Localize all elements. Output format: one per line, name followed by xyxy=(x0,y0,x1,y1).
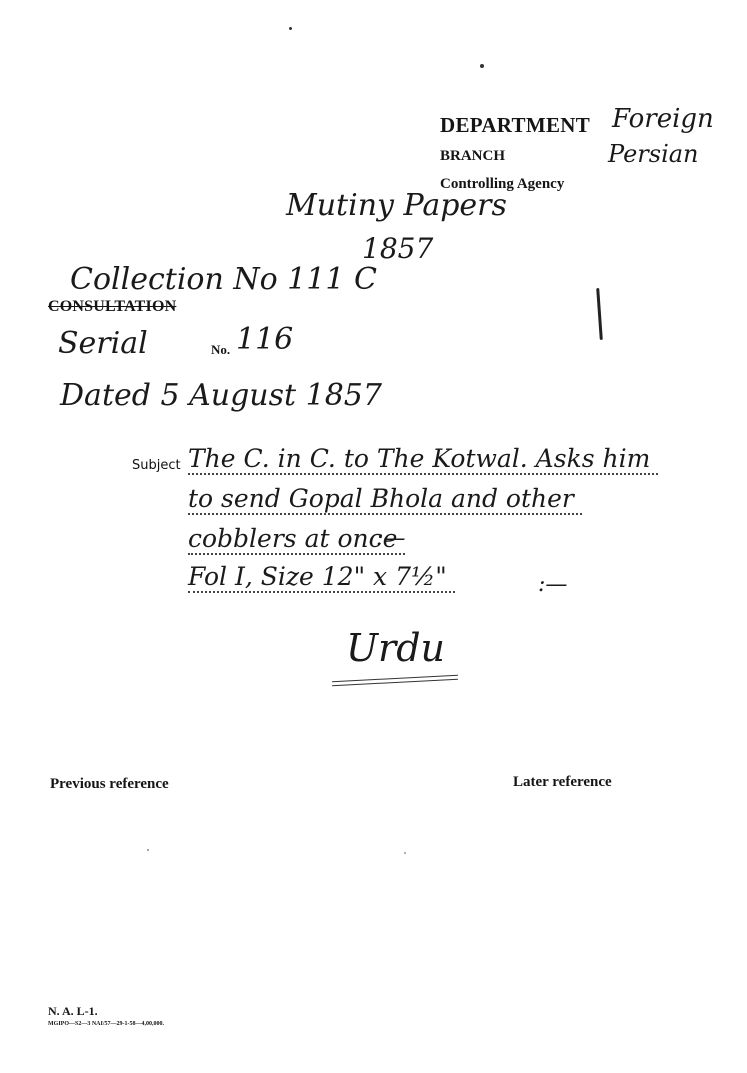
subject-line: Fol I, Size 12" x 7½" xyxy=(188,562,455,593)
branch-label: BRANCH xyxy=(440,148,505,165)
subject-line: The C. in C. to The Kotwal. Asks him xyxy=(188,444,658,475)
language-note: Urdu xyxy=(346,626,445,670)
annotation-title: Mutiny Papers xyxy=(286,188,507,223)
ink-speck xyxy=(147,849,149,851)
subject-line: to send Gopal Bhola and other xyxy=(188,484,582,515)
ink-speck xyxy=(480,64,484,68)
collection-number: Collection No 111 C xyxy=(70,262,377,297)
consultation-label: CONSULTATION xyxy=(48,298,176,316)
department-value: Foreign xyxy=(612,104,714,134)
annotation-year: 1857 xyxy=(362,232,433,265)
pen-stroke-mark xyxy=(596,288,603,340)
subject-line: cobblers at once xyxy=(188,524,405,555)
department-label: DEPARTMENT xyxy=(440,113,590,138)
ink-speck xyxy=(404,852,406,854)
branch-value: Persian xyxy=(608,140,699,168)
ink-speck xyxy=(289,27,292,30)
document-page: DEPARTMENT Foreign BRANCH Persian Contro… xyxy=(0,0,747,1073)
form-code: N. A. L-1. xyxy=(48,1004,98,1019)
serial-handwritten-label: Serial xyxy=(58,326,148,361)
subject-line-suffix: :— xyxy=(538,572,567,597)
dated-field: Dated 5 August 1857 xyxy=(60,378,382,413)
previous-reference-label: Previous reference xyxy=(50,776,169,793)
serial-number: 116 xyxy=(236,322,293,357)
later-reference-label: Later reference xyxy=(513,774,612,791)
subject-label: Subject xyxy=(132,458,181,473)
serial-no-label: No. xyxy=(211,342,230,358)
printer-imprint: MGIPO—S2—3 NAI/57—29-1-58—4,00,000. xyxy=(48,1021,164,1027)
subject-line-suffix: :— xyxy=(376,526,405,551)
